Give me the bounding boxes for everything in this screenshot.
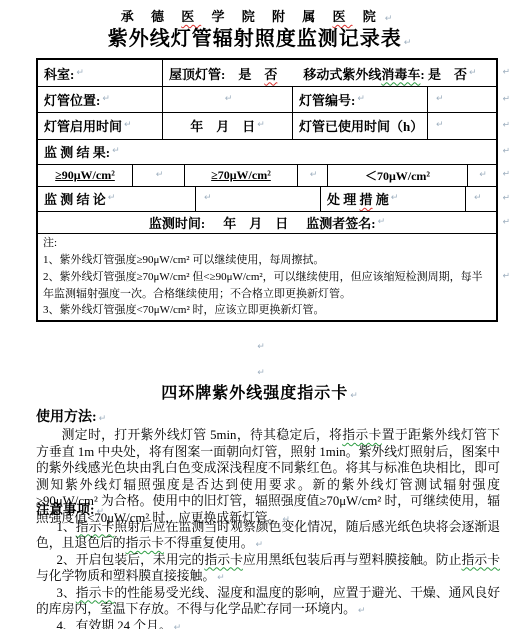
paragraph-mark-icon: ↵ (502, 273, 510, 282)
note-item-2: 2、紫外线灯管强度≥70μW/cm² 但<≥90μW/cm²，可以继续使用，但应… (43, 269, 491, 302)
treatment-label: 处 理 措 施 (327, 189, 389, 208)
monitoring-form-table: 科室:↵ 屋顶灯管: 是 否 移动式紫外线消毒车: 是 否↵ ↵ 灯管位置:↵ … (36, 58, 498, 322)
lamp-type-label: 屋顶灯管: 是 否 移动式紫外线消毒车: 是 否 (169, 64, 467, 83)
threshold-90-label: ≥90μW/cm² (38, 165, 132, 186)
signature-row-cell[interactable]: 监测时间: 年 月 日 监测者签名: ↵ (38, 212, 496, 234)
end-of-cell-mark-icon: ↵ (156, 171, 164, 180)
notes-label: 注: (43, 235, 491, 252)
notes-cell: 注: 1、紫外线灯管强度≥90μW/cm² 可以继续使用，每周擦拭。 2、紫外线… (38, 234, 496, 320)
threshold-70-check-area[interactable]: ↵ (297, 165, 327, 186)
paragraph-mark-icon: ↵ (502, 194, 510, 203)
lamp-position-label: 灯管位置: (44, 90, 100, 109)
indicator-card-title: 四环牌紫外线强度指示卡↵ (0, 380, 520, 403)
threshold-lt70-label: ＜70μW/cm² (327, 165, 467, 186)
paragraph-mark-icon: ↵ (502, 95, 510, 104)
department-label: 科室: (44, 64, 74, 83)
start-time-label: 灯管启用时间 (44, 116, 122, 135)
lamp-position-cell[interactable]: 灯管位置:↵ (38, 87, 162, 112)
paragraph-mark-icon: ↵ (436, 95, 444, 104)
paragraph-mark-icon: ↵ (469, 69, 477, 78)
start-time-cell[interactable]: 灯管启用时间↵ (38, 113, 162, 138)
used-hours-label: 灯管已使用时间（h） (299, 116, 423, 135)
threshold-70-label: ≥70μW/cm² (184, 165, 297, 186)
monitor-result-label: 监 测 结 果:↵ (38, 140, 496, 164)
monitor-date-placeholder: 年 月 日 (223, 213, 288, 232)
paragraph-mark-icon: ↵ (502, 121, 510, 130)
cautions-section: 注意事项:↵ 1、指示卡照射后应在监测当时观察颜色变化情况，随后感光纸色块将会逐… (36, 502, 500, 629)
paragraph-mark-icon: ↵ (225, 95, 233, 104)
table-row-position: 灯管位置:↵ ↵ 灯管编号:↵ ↵ ↵ (38, 86, 496, 112)
paragraph-mark-icon: ↵ (257, 121, 265, 130)
lamp-number-input-area[interactable]: ↵ (427, 87, 496, 112)
empty-paragraph-mark: ↵ (0, 336, 520, 354)
paragraph-mark-icon: ↵ (358, 606, 366, 616)
paragraph-mark-icon: ↵ (256, 540, 264, 550)
paragraph-mark-icon: ↵ (99, 414, 107, 424)
threshold-lt70-check-area[interactable]: ↵ (467, 165, 496, 186)
start-date-input-area[interactable]: 年 月 日↵ (162, 113, 292, 138)
used-hours-input-area[interactable]: ↵ (427, 113, 496, 138)
treatment-input-area[interactable]: ↵ (465, 187, 496, 211)
conclusion-cell: 监 测 结 论↵ (38, 187, 195, 211)
paragraph-mark-icon: ↵ (357, 95, 365, 104)
paragraph-mark-icon: ↵ (97, 507, 105, 517)
note-item-1: 1、紫外线灯管强度≥90μW/cm² 可以继续使用，每周擦拭。 (43, 252, 491, 269)
table-row-start-time: 灯管启用时间↵ 年 月 日↵ 灯管已使用时间（h） ↵ ↵ (38, 112, 496, 138)
caution-item-2: 2、开启包装后，未用完的指示卡应用黑纸包装后再与塑料膜接触。防止指示卡与化学物质… (36, 552, 500, 585)
paragraph-mark-icon: ↵ (124, 121, 132, 130)
table-row-thresholds: ≥90μW/cm² ↵ ≥70μW/cm² ↵ ＜70μW/cm² ↵ ↵ (38, 164, 496, 186)
date-placeholder: 年 月 日 (190, 116, 255, 135)
department-cell[interactable]: 科室:↵ (38, 60, 162, 86)
paragraph-mark-icon: ↵ (108, 194, 116, 203)
paragraph-mark-icon: ↵ (350, 391, 359, 401)
paragraph-mark-icon: ↵ (76, 69, 84, 78)
table-row-conclusion: 监 测 结 论↵ ↵ 处 理 措 施↵ ↵ ↵ (38, 186, 496, 211)
paragraph-mark-icon: ↵ (436, 121, 444, 130)
cautions-heading: 注意事项:↵ (36, 502, 500, 519)
treatment-cell: 处 理 措 施↵ (320, 187, 465, 211)
table-row-department: 科室:↵ 屋顶灯管: 是 否 移动式紫外线消毒车: 是 否↵ ↵ (38, 60, 496, 86)
paragraph-mark-icon: ↵ (257, 368, 265, 378)
threshold-90-check-area[interactable]: ↵ (132, 165, 184, 186)
end-of-cell-mark-icon: ↵ (310, 171, 318, 180)
paragraph-mark-icon: ↵ (112, 147, 120, 156)
paragraph-mark-icon: ↵ (474, 194, 482, 203)
caution-item-1: 1、指示卡照射后应在监测当时观察颜色变化情况，随后感光纸色块将会逐渐退色，且退色… (36, 519, 500, 552)
paragraph-mark-icon: ↵ (502, 69, 510, 78)
caution-item-4: 4、有效期 24 个月。↵ (36, 618, 500, 629)
note-item-3: 3、紫外线灯管强度<70μW/cm² 时，应该立即更换新灯管。 (43, 302, 491, 319)
paragraph-mark-icon: ↵ (378, 218, 386, 227)
usage-method-heading: 使用方法:↵ (36, 406, 106, 426)
paragraph-mark-icon: ↵ (502, 147, 510, 156)
table-row-result-header: 监 测 结 果:↵ ↵ (38, 139, 496, 164)
paragraph-mark-icon: ↵ (404, 38, 413, 48)
used-hours-cell[interactable]: 灯管已使用时间（h） (292, 113, 427, 138)
paragraph-mark-icon: ↵ (257, 342, 265, 352)
paragraph-mark-icon: ↵ (502, 218, 510, 227)
document-page: 承 德 医 学 院 附 属 医 院↵ 紫外线灯管辐射照度监测记录表↵ 科室:↵ … (0, 0, 520, 629)
paragraph-mark-icon: ↵ (174, 623, 182, 629)
paragraph-mark-icon: ↵ (502, 171, 510, 180)
table-row-signature: 监测时间: 年 月 日 监测者签名: ↵ ↵ (38, 211, 496, 234)
table-row-notes: 注: 1、紫外线灯管强度≥90μW/cm² 可以继续使用，每周擦拭。 2、紫外线… (38, 233, 496, 320)
conclusion-label: 监 测 结 论 (44, 189, 106, 208)
end-of-cell-mark-icon: ↵ (479, 171, 487, 180)
paragraph-mark-icon: ↵ (217, 573, 225, 583)
lamp-number-cell[interactable]: 灯管编号:↵ (292, 87, 427, 112)
monitor-time-label: 监测时间: (149, 213, 205, 232)
paragraph-mark-icon: ↵ (391, 194, 399, 203)
signer-label: 监测者签名: (306, 213, 375, 232)
conclusion-input-area[interactable]: ↵ (195, 187, 320, 211)
lamp-number-label: 灯管编号: (299, 90, 355, 109)
empty-paragraph-mark: ↵ (0, 362, 520, 380)
paragraph-mark-icon: ↵ (204, 194, 212, 203)
lamp-position-input-area[interactable]: ↵ (162, 87, 292, 112)
caution-item-3: 3、指示卡的性能易受光线、湿度和温度的影响，应置于避光、干燥、通风良好的库房内，… (36, 585, 500, 618)
lamp-type-cell[interactable]: 屋顶灯管: 是 否 移动式紫外线消毒车: 是 否↵ (162, 60, 496, 86)
paragraph-mark-icon: ↵ (102, 95, 110, 104)
document-title: 紫外线灯管辐射照度监测记录表↵ (0, 22, 520, 51)
